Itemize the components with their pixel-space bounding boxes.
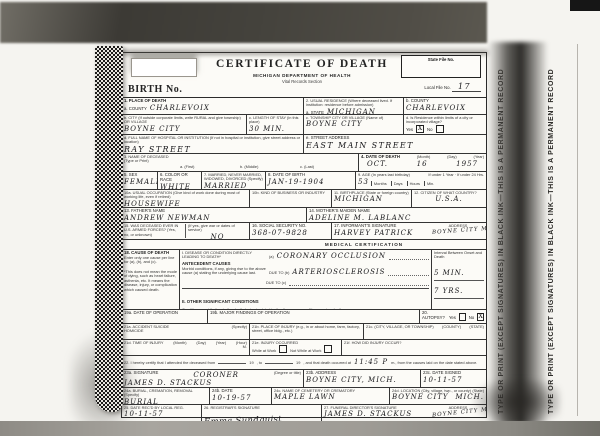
form-header: BIRTH No. CERTIFICATE OF DEATH MICHIGAN … — [122, 53, 486, 98]
part2-note: Conditions contributing to the death, bu… — [182, 308, 429, 309]
scanned-death-certificate: TYPE OR PRINT (EXCEPT SIGNATURES) IN BLA… — [0, 0, 600, 436]
hospital-value: RAY STREET — [124, 145, 301, 153]
last-label: c. (Last) — [300, 164, 314, 169]
residence-county-value: CHARLEVOIX — [406, 104, 484, 112]
autopsy: 20. AUTOPSY? Yes No X — [420, 310, 486, 323]
middle-label: b. (Middle) — [240, 164, 258, 169]
armed-value: NO — [188, 233, 247, 239]
injury-location-label: 21c. (CITY, VILLAGE, OR TOWNSHIP) — [366, 325, 434, 329]
how-injury-occurred: 21f. HOW DID INJURY OCCUR? — [342, 340, 486, 355]
industry-label: 10b. KIND OF BUSINESS OR INDUSTRY — [252, 191, 329, 195]
not-at-work-checkbox — [324, 345, 332, 353]
sex-value: FEMALE — [124, 178, 155, 186]
armed-sub-label: (If yes, give war or dates of service) — [188, 224, 247, 233]
title-block: CERTIFICATE OF DEATH MICHIGAN DEPARTMENT… — [214, 58, 390, 84]
armed-forces: 15. WAS DECEASED EVER IN U.S. ARMED FORC… — [122, 223, 250, 239]
cause-c-line — [289, 278, 429, 286]
certify-p3: , to — [257, 361, 262, 365]
time-of-injury: 21d. TIME OF INJURY (Month) (Day) (Year)… — [122, 340, 250, 355]
place-of-death-county: 1. PLACE OF DEATH a. COUNTY CHARLEVOIX — [122, 98, 304, 114]
injury-how-label: 21f. HOW DID INJURY OCCUR? — [344, 341, 484, 345]
autopsy-no-checkbox: X — [477, 313, 484, 321]
occupation-value: HOUSEWIFE — [124, 200, 247, 207]
residence-county: b. COUNTY CHARLEVOIX — [404, 98, 486, 114]
informant-value: HARVEY PATRICK — [334, 229, 432, 237]
state-file-box: State File No. — [401, 55, 481, 78]
limits-yes-label: Yes — [406, 128, 413, 133]
stay-label: c. LENGTH OF STAY (in this place) — [249, 116, 301, 125]
local-file-label: Local File No. — [424, 85, 450, 90]
row-parents: 13. FATHER'S NAME ANDREW NEWMAN 14. MOTH… — [122, 208, 486, 223]
hospital-institution: d. FULL NAME OF HOSPITAL OR INSTITUTION … — [122, 135, 304, 153]
scan-right-shadow — [488, 42, 548, 424]
hospital-label: d. FULL NAME OF HOSPITAL OR INSTITUTION … — [124, 136, 301, 145]
interval-column: Interval Between Onset and Death 5 MIN. … — [432, 250, 486, 309]
page-edge-line — [577, 44, 578, 416]
county-label: a. COUNTY — [124, 107, 147, 112]
cause-note: Enter only one cause per line for (a), (… — [124, 256, 177, 265]
marital-value: MARRIED — [204, 182, 263, 189]
location-value: BOYNE CITY — [392, 393, 449, 401]
injury-state-label: (STATE) — [469, 325, 484, 329]
citizen-value: U.S.A. — [414, 195, 484, 203]
city-label: b. CITY (If outside corporate limits, wr… — [124, 116, 244, 125]
scan-top-shadow — [0, 2, 487, 43]
residence-limits: d. Is Residence within limits of a city … — [404, 115, 486, 134]
row-city-township: b. CITY (If outside corporate limits, wr… — [122, 115, 486, 135]
death-time-value: 11:45 P — [354, 358, 388, 366]
disposition-date-value: 10-19-57 — [212, 394, 269, 402]
interval-a-value: 5 MIN. — [434, 269, 465, 277]
cause-of-death-main: I. DISEASE OR CONDITION DIRECTLY LEADING… — [180, 250, 432, 309]
dod-year-value: 1957 — [456, 160, 478, 168]
at-work-checkbox — [279, 345, 287, 353]
row-injury-2: 21d. TIME OF INJURY (Month) (Day) (Year)… — [122, 340, 486, 356]
stay-value: 30 MIN. — [249, 125, 301, 133]
street-address: e. STREET ADDRESS EAST MAIN STREET — [304, 135, 486, 153]
marital-label: 7. MARRIED, NEVER MARRIED, WIDOWED, DIVO… — [204, 173, 263, 182]
race-value: WHITE — [160, 183, 199, 189]
autopsy-label: 20. AUTOPSY? — [422, 311, 446, 321]
scan-corner-mark — [570, 0, 600, 11]
row-injury-1: 21a. ACCIDENT SUICIDE HOMICIDE (Specify)… — [122, 324, 486, 340]
scan-bottom-shadow — [0, 421, 600, 436]
cause-footnote: *This does not mean the mode of dying, s… — [124, 270, 177, 292]
local-file: Local File No. 17 — [424, 82, 481, 91]
township-city-village: c. TOWNSHIP CITY OR VILLAGE (Name of) BO… — [304, 115, 404, 134]
age-col-min: Min. — [424, 181, 436, 186]
autopsy-yes-label: Yes — [449, 316, 456, 321]
degree-label: (Degree or title) — [274, 371, 301, 379]
age-value: 53 — [358, 178, 369, 186]
usual-residence-label: 2. USUAL RESIDENCE (Where deceased lived… — [306, 99, 401, 108]
row-disposition: 24a. BURIAL, CREMATION, REMOVAL (Specify… — [122, 388, 486, 405]
first-label: a. (First) — [180, 164, 194, 169]
limits-label: d. Is Residence within limits of a city … — [406, 116, 484, 125]
color-or-race: 6. COLOR OR RACE WHITE — [158, 172, 202, 189]
stamp-box — [131, 58, 197, 77]
state-file-label: State File No. — [428, 57, 455, 62]
place-of-injury: 21b. PLACE OF INJURY (e.g., in or about … — [250, 324, 364, 339]
not-at-work-label: Not While at Work — [290, 349, 321, 353]
limits-no-label: No — [427, 128, 433, 133]
birthplace: 11. BIRTHPLACE (State or foreign country… — [332, 190, 412, 207]
injury-year-label: (Year) — [216, 341, 226, 345]
autopsy-yes-checkbox — [459, 313, 466, 321]
cause-b-label: DUE TO (b) — [269, 271, 289, 275]
limits-yes-checkbox: X — [416, 125, 424, 133]
row-signature: 23a. SIGNATURE CORONER (Degree or title)… — [122, 370, 486, 388]
at-work-label: While at Work — [252, 349, 276, 353]
physician-signature: 23a. SIGNATURE CORONER (Degree or title)… — [122, 370, 304, 387]
part2-label: II. OTHER SIGNIFICANT CONDITIONS — [182, 299, 259, 304]
age: 9. AGE (In years last birthday) If under… — [356, 172, 486, 189]
injury-m-label: M. — [124, 345, 247, 349]
row-occupation: 10a. USUAL OCCUPATION (Give kind of work… — [122, 190, 486, 208]
signer-address: 23b. ADDRESS BOYNE CITY, MICH. — [304, 370, 421, 387]
limits-yes-mark: X — [418, 125, 422, 132]
limits-no-checkbox — [436, 125, 444, 133]
signature-value: JAMES D. STACKUS — [124, 379, 301, 387]
certify-statement: 22. I hereby certify that I attended the… — [122, 356, 486, 369]
birth-no-label: BIRTH No. — [128, 84, 183, 95]
state-label: a. STATE — [306, 111, 324, 114]
injury-place-label: 21b. PLACE OF INJURY (e.g., in or about … — [252, 325, 361, 334]
age-note: If under 1 Year · If under 24 Hrs. — [428, 173, 484, 177]
row-armed-ssn-informant: 15. WAS DECEASED EVER IN U.S. ARMED FORC… — [122, 223, 486, 240]
margin-note-right: TYPE OR PRINT (EXCEPT SIGNATURES) IN BLA… — [548, 58, 555, 414]
local-file-value: 17 — [452, 82, 481, 92]
citizen-country: 12. CITIZEN OF WHAT COUNTRY? U.S.A. — [412, 190, 486, 207]
row-cause-of-death: 18. CAUSE OF DEATH Enter only one cause … — [122, 250, 486, 310]
interval-b-value: 7 YRS. — [434, 287, 463, 295]
race-label: 6. COLOR OR RACE — [160, 173, 199, 183]
certify-p2: 19 — [249, 361, 253, 365]
certify-p5: , and that death occurred at — [303, 361, 351, 365]
cemetery: 24c. NAME OF CEMETERY OR CREMATORY MAPLE… — [272, 388, 390, 404]
birthplace-value: MICHIGAN — [334, 195, 409, 203]
cause-of-death-sidebar: 18. CAUSE OF DEATH Enter only one cause … — [122, 250, 180, 309]
ssn-value: 368-07-9828 — [252, 229, 329, 237]
state-value: MICHIGAN — [327, 108, 376, 114]
date-of-operation: 19a. DATE OF OPERATION — [122, 310, 208, 323]
cause-b-line — [388, 268, 429, 276]
row-certify: 22. I hereby certify that I attended the… — [122, 356, 486, 370]
date-of-birth: 8. DATE OF BIRTH JAN-19-1904 — [266, 172, 356, 189]
disposition-date: 24b. DATE 10-19-57 — [210, 388, 272, 404]
mother-maiden-name: 14. MOTHER'S MAIDEN NAME ADELINE M. LABL… — [307, 208, 486, 222]
informant: 17. INFORMANT'S SIGNATURE HARVEY PATRICK… — [332, 223, 486, 239]
accident-suicide-homicide: 21a. ACCIDENT SUICIDE HOMICIDE (Specify) — [122, 324, 250, 339]
social-security-no: 16. SOCIAL SECURITY NO. 368-07-9828 — [250, 223, 332, 239]
injury-county-label: (COUNTY) — [442, 325, 461, 329]
certify-blank-1 — [218, 357, 246, 364]
township-value: BOYNE CITY — [306, 120, 401, 128]
sex: 5. SEX FEMALE — [122, 172, 158, 189]
armed-label: 15. WAS DECEASED EVER IN U.S. ARMED FORC… — [124, 224, 182, 238]
operation-findings-label: 19b. MAJOR FINDINGS OF OPERATION — [210, 311, 417, 316]
mother-value: ADELINE M. LABLANC — [309, 214, 484, 222]
usual-occupation: 10a. USUAL OCCUPATION (Give kind of work… — [122, 190, 250, 207]
dod-day-value: 16 — [417, 160, 428, 168]
injury-kind-sub: (Specify) — [232, 325, 247, 334]
injury-day-label: (Day) — [196, 341, 206, 345]
street-value: EAST MAIN STREET — [306, 141, 484, 150]
cause-a-value: CORONARY OCCLUSION — [277, 252, 386, 260]
city-value: BOYNE CITY — [124, 125, 244, 133]
cause-c-label: DUE TO (c) — [266, 281, 286, 285]
medical-certification-title: MEDICAL CERTIFICATION — [122, 240, 486, 250]
certificate-title: CERTIFICATE OF DEATH — [214, 58, 390, 70]
director-value: JAMES D. STACKUS — [324, 410, 432, 418]
age-col-hours: Hours — [407, 181, 422, 186]
department-line: MICHIGAN DEPARTMENT OF HEALTH — [214, 73, 390, 78]
injury-month-label: (Month) — [173, 341, 186, 345]
date-of-death: 4. DATE OF DEATH (Month) (Day) (Year) OC… — [359, 154, 486, 171]
injury-occurred: 21e. INJURY OCCURRED While at Work Not W… — [250, 340, 342, 355]
name-of-deceased: 3. NAME OF DECEASED (Type or Print) a. (… — [122, 154, 359, 171]
length-of-stay: c. LENGTH OF STAY (in this place) 30 MIN… — [247, 115, 304, 134]
dod-month-value: OCT. — [367, 160, 388, 168]
row-operation-autopsy: 19a. DATE OF OPERATION 19b. MAJOR FINDIN… — [122, 310, 486, 324]
cemetery-value: MAPLE LAWN — [274, 393, 387, 401]
cause-a-label: (a) — [269, 255, 274, 259]
injury-location: 21c. (CITY, VILLAGE, OR TOWNSHIP) (COUNT… — [364, 324, 486, 339]
binding-strip — [95, 46, 123, 412]
part1-label: I. DISEASE OR CONDITION DIRECTLY LEADING… — [182, 251, 266, 260]
autopsy-no-mark: X — [478, 313, 482, 320]
city-village: b. CITY (If outside corporate limits, wr… — [122, 115, 247, 134]
row-name-dod: 3. NAME OF DECEASED (Type or Print) a. (… — [122, 154, 486, 172]
dob-value: JAN-19-1904 — [268, 178, 353, 186]
residence-state: 2. USUAL RESIDENCE (Where deceased lived… — [304, 98, 404, 114]
father-value: ANDREW NEWMAN — [124, 214, 304, 222]
row-place-residence: 1. PLACE OF DEATH a. COUNTY CHARLEVOIX 2… — [122, 98, 486, 115]
certify-p4: 19 — [296, 361, 300, 365]
operation-date-label: 19a. DATE OF OPERATION — [124, 311, 205, 316]
county-value: CHARLEVOIX — [150, 104, 210, 112]
marital-status: 7. MARRIED, NEVER MARRIED, WIDOWED, DIVO… — [202, 172, 266, 189]
certificate-form: BIRTH No. CERTIFICATE OF DEATH MICHIGAN … — [121, 52, 487, 418]
certify-p6: m., from the causes laid on the date sta… — [391, 361, 477, 365]
section-line: Vital Records Section — [214, 79, 390, 84]
age-col-months: Months — [371, 181, 389, 186]
row-hospital-street: d. FULL NAME OF HOSPITAL OR INSTITUTION … — [122, 135, 486, 154]
father-name: 13. FATHER'S NAME ANDREW NEWMAN — [122, 208, 307, 222]
major-findings: 19b. MAJOR FINDINGS OF OPERATION — [208, 310, 420, 323]
certify-blank-2 — [265, 357, 293, 364]
occupation-label: 10a. USUAL OCCUPATION (Give kind of work… — [124, 191, 247, 200]
age-label: 9. AGE (In years last birthday) — [358, 173, 410, 177]
cause-a-line — [389, 252, 429, 260]
address-value: BOYNE CITY, MICH. — [306, 376, 418, 384]
degree-value: CORONER — [193, 371, 239, 379]
name-label: 3. NAME OF DECEASED (Type or Print) — [124, 155, 176, 164]
registrar-label: 26. REGISTRAR'S SIGNATURE — [204, 406, 319, 410]
cause-b-value: ARTERIOSCLEROSIS — [292, 268, 385, 276]
interval-label: Interval Between Onset and Death — [434, 251, 484, 260]
antecedent-note: Morbid conditions, if any, giving rise t… — [182, 267, 266, 276]
age-col-days: Days — [391, 181, 405, 186]
autopsy-no-label: No — [469, 316, 475, 321]
business-industry: 10b. KIND OF BUSINESS OR INDUSTRY — [250, 190, 332, 207]
row-vitals: 5. SEX FEMALE 6. COLOR OR RACE WHITE 7. … — [122, 172, 486, 190]
